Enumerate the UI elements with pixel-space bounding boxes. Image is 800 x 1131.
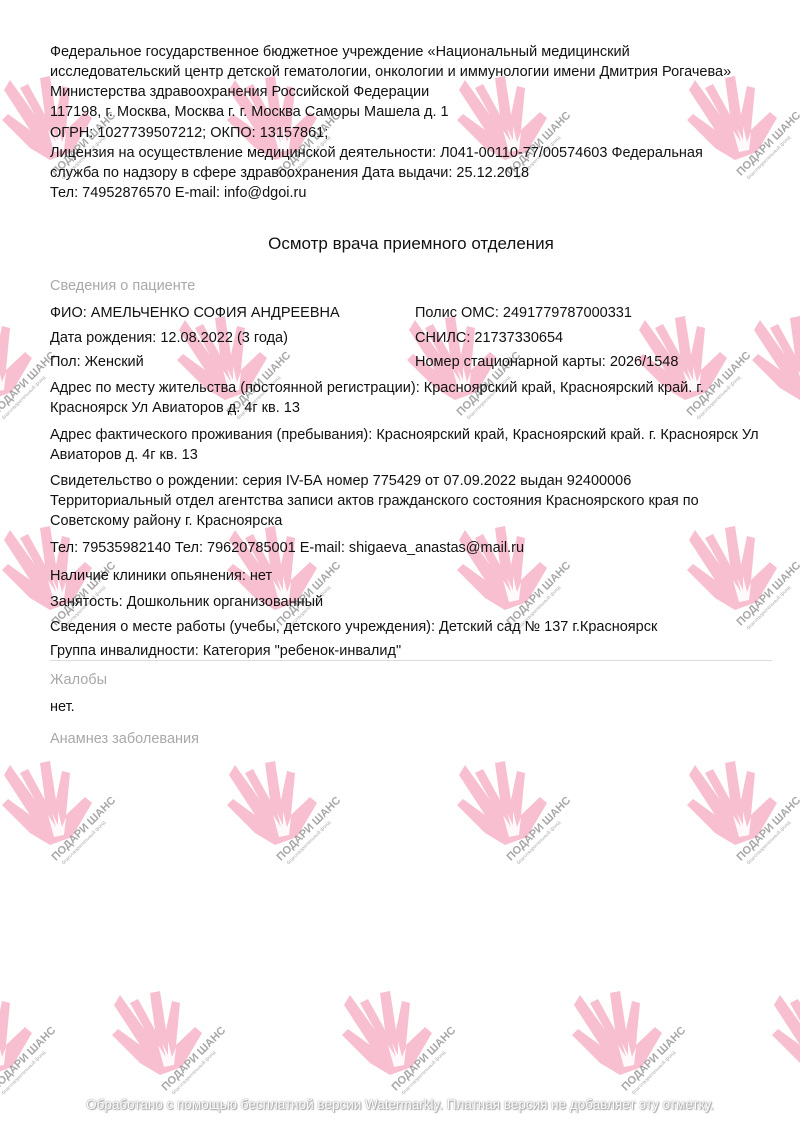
svg-text:ПОДАРИ ШАНС: ПОДАРИ ШАНС (274, 795, 343, 864)
svg-text:ПОДАРИ ШАНС: ПОДАРИ ШАНС (734, 795, 800, 864)
patient-workplace: Сведения о месте работы (учебы, детского… (50, 617, 657, 637)
svg-text:благотворительный фонд: благотворительный фонд (515, 819, 562, 866)
section-divider (50, 660, 772, 661)
patient-birth-date: Дата рождения: 12.08.2022 (3 года) (50, 328, 288, 348)
org-address: 117198, г. Москва, Москва г. г. Москва С… (50, 102, 449, 122)
svg-text:благотворительный фонд: благотворительный фонд (745, 584, 792, 631)
patient-full-name: ФИО: АМЕЛЬЧЕНКО СОФИЯ АНДРЕЕВНА (50, 303, 340, 323)
svg-text:ПОДАРИ ШАНС: ПОДАРИ ШАНС (504, 795, 573, 864)
hands-icon: ПОДАРИ ШАНС благотворительный фонд (445, 745, 575, 875)
hands-icon: ПОДАРИ ШАНС благотворительный фонд (675, 745, 800, 875)
hands-icon: ПОДАРИ ШАНС благотворительный фонд (330, 975, 460, 1105)
org-line: исследовательский центр детской гематоло… (50, 62, 731, 82)
patient-registration-address: Адрес по месту жительства (постоянной ре… (50, 378, 750, 418)
svg-text:благотворительный фонд: благотворительный фонд (745, 819, 792, 866)
svg-text:ПОДАРИ ШАНС: ПОДАРИ ШАНС (389, 1025, 458, 1094)
patient-oms-policy: Полис ОМС: 2491779787000331 (415, 303, 632, 323)
document-title: Осмотр врача приемного отделения (50, 233, 772, 255)
svg-text:благотворительный фонд: благотворительный фонд (400, 1049, 447, 1096)
svg-text:благотворительный фонд: благотворительный фонд (745, 134, 792, 181)
hands-icon: ПОДАРИ ШАНС благотворительный фонд (0, 975, 60, 1105)
hands-icon: ПОДАРИ ШАНС благотворительный фонд (0, 745, 120, 875)
svg-text:благотворительный фонд: благотворительный фонд (0, 1049, 47, 1096)
org-line: Министерства здравоохранения Российской … (50, 82, 429, 102)
patient-disability: Группа инвалидности: Категория "ребенок-… (50, 641, 401, 661)
anamnesis-section-label: Анамнез заболевания (50, 729, 199, 749)
hands-icon: ПОДАРИ ШАНС благотворительный фонд (100, 975, 230, 1105)
hands-icon: ПОДАРИ ШАНС благотворительный фонд (760, 975, 800, 1105)
org-line: Федеральное государственное бюджетное уч… (50, 42, 630, 62)
org-registration: ОГРН: 1027739507212; ОКПО: 13157861; (50, 123, 328, 143)
svg-text:благотворительный фонд: благотворительный фонд (0, 374, 47, 421)
complaints-text: нет. (50, 697, 75, 717)
patient-card-number: Номер стационарной карты: 2026/1548 (415, 352, 678, 372)
patient-contacts: Тел: 79535982140 Тел: 79620785001 E-mail… (50, 538, 524, 558)
svg-text:благотворительный фонд: благотворительный фонд (285, 819, 332, 866)
patient-employment: Занятость: Дошкольник организованный (50, 592, 323, 612)
svg-text:ПОДАРИ ШАНС: ПОДАРИ ШАНС (159, 1025, 228, 1094)
patient-birth-certificate: Свидетельство о рождении: серия IV-БА но… (50, 471, 740, 531)
hands-icon: ПОДАРИ ШАНС благотворительный фонд (560, 975, 690, 1105)
hands-icon: ПОДАРИ ШАНС благотворительный фонд (215, 745, 345, 875)
patient-section-label: Сведения о пациенте (50, 276, 195, 296)
patient-snils: СНИЛС: 21737330654 (415, 328, 563, 348)
patient-intoxication: Наличие клиники опьянения: нет (50, 566, 272, 586)
svg-text:благотворительный фонд: благотворительный фонд (170, 1049, 217, 1096)
patient-actual-address: Адрес фактического проживания (пребывани… (50, 425, 772, 465)
svg-text:благотворительный фонд: благотворительный фонд (630, 1049, 677, 1096)
svg-text:благотворительный фонд: благотворительный фонд (60, 819, 107, 866)
org-contacts: Тел: 74952876570 E-mail: info@dgoi.ru (50, 183, 306, 203)
patient-sex: Пол: Женский (50, 352, 144, 372)
svg-text:ПОДАРИ ШАНС: ПОДАРИ ШАНС (734, 560, 800, 629)
svg-text:ПОДАРИ ШАНС: ПОДАРИ ШАНС (619, 1025, 688, 1094)
complaints-section-label: Жалобы (50, 670, 107, 690)
svg-text:ПОДАРИ ШАНС: ПОДАРИ ШАНС (49, 795, 118, 864)
org-license: Лицензия на осуществление медицинской де… (50, 143, 703, 163)
watermarkly-note: Обработано с помощью бесплатной версии W… (0, 1097, 800, 1112)
svg-text:ПОДАРИ ШАНС: ПОДАРИ ШАНС (734, 110, 800, 179)
svg-text:ПОДАРИ ШАНС: ПОДАРИ ШАНС (0, 1025, 58, 1094)
org-license-authority: служба по надзору в сфере здравоохранени… (50, 163, 529, 183)
